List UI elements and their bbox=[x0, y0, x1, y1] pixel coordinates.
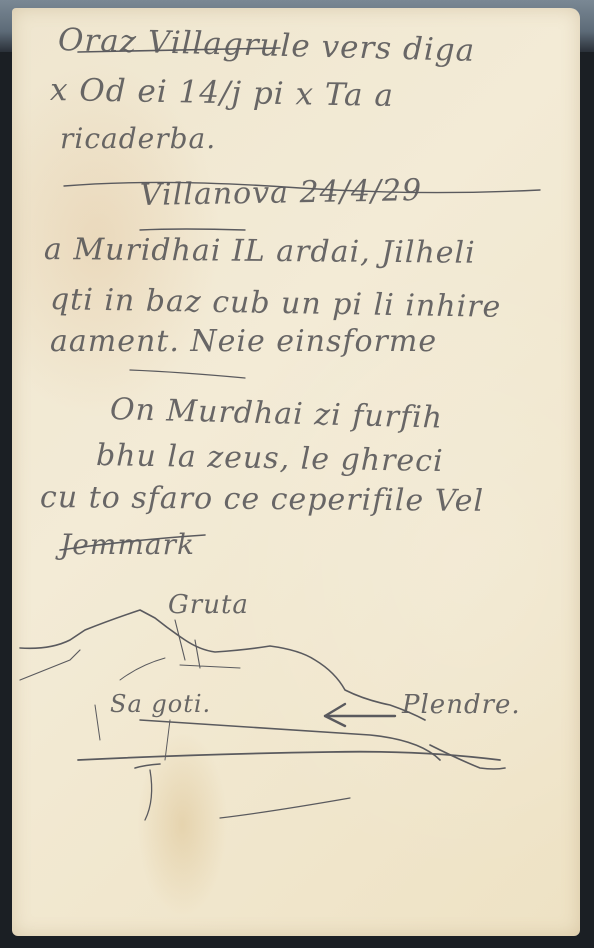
sketch-label-right: Plendre. bbox=[402, 690, 521, 720]
handwritten-line-10: cu to sfaro ce ceperifile Vel bbox=[40, 480, 484, 519]
handwritten-line-9: bhu la zeus, le ghreci bbox=[96, 438, 444, 479]
handwritten-date-heading: Villanova 24/4/29 bbox=[140, 173, 423, 213]
handwritten-line-5: a Muridhai IL ardai, Jilheli bbox=[44, 232, 476, 271]
handwritten-line-11: Jemmark bbox=[60, 528, 195, 561]
handwritten-line-3: ricaderba. bbox=[60, 122, 216, 155]
sketch-label-top: Gruta bbox=[168, 590, 249, 620]
handwritten-line-2: x Od ei 14/j pi x Ta a bbox=[50, 72, 395, 114]
sketch-label-left: Sa goti. bbox=[110, 690, 211, 718]
handwritten-line-7: aament. Neie einsforme bbox=[50, 324, 437, 359]
